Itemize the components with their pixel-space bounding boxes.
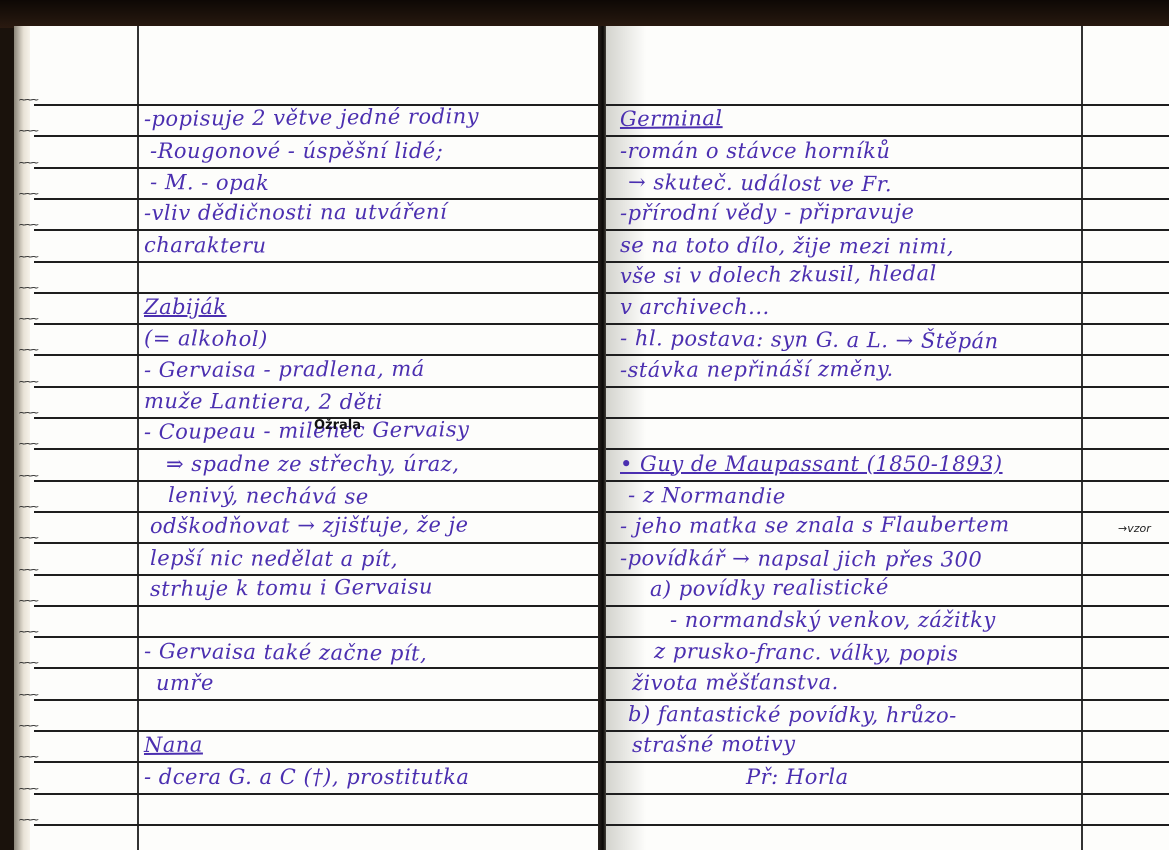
ruled-line	[34, 480, 602, 482]
right_page-line: - jeho matka se znala s Flaubertem	[620, 512, 1010, 538]
binding-stitch	[18, 133, 42, 139]
ruled-line	[606, 824, 1169, 826]
ruled-line	[606, 793, 1169, 795]
side-note: →vzor	[1118, 522, 1151, 535]
left_page-line: - M. - opak	[150, 170, 269, 195]
insertion-note: Ožrala	[314, 418, 361, 433]
ruled-line	[34, 135, 602, 137]
ruled-line	[34, 605, 602, 607]
left_page-line: -vliv dědičnosti na utváření	[144, 200, 447, 225]
right_page-line: b) fantastické povídky, hrůzo-	[628, 702, 957, 727]
right_page-line: v archivech...	[620, 295, 770, 319]
ruled-line	[606, 761, 1169, 763]
binding-stitch	[18, 572, 42, 578]
left_page-line: strhuje k tomu i Gervaisu	[150, 574, 433, 600]
right_page-line: -stávka nepřináší změny.	[620, 356, 894, 381]
left_page-line: (= alkohol)	[144, 326, 268, 351]
left_page-line: ⇒ spadne ze střechy, úraz,	[166, 452, 459, 476]
binding-stitch	[18, 102, 42, 108]
right_page-line: vše si v dolech zkusil, hledal	[620, 261, 937, 288]
left-margin-line	[137, 26, 139, 850]
right_page-line: strašné motivy	[632, 732, 796, 757]
binding-stitch	[18, 196, 42, 202]
right_page-line: - hl. postava: syn G. a L. → Štěpán	[620, 326, 999, 353]
right_page-line: → skuteč. událost ve Fr.	[628, 170, 892, 196]
left_page-line: -Rougonové - úspěšní lidé;	[150, 139, 443, 163]
ruled-line	[34, 699, 602, 701]
binding-stitch	[18, 227, 42, 233]
left_page-line: Nana	[144, 733, 203, 758]
binding-stitch	[18, 384, 42, 390]
binding-stitch	[18, 759, 42, 765]
binding-stitch	[18, 352, 42, 358]
binding-stitch	[18, 665, 42, 671]
binding-stitch	[18, 290, 42, 296]
ruled-line	[34, 292, 602, 294]
binding-stitch	[18, 321, 42, 327]
binding-stitch	[18, 478, 42, 484]
left_page-line: lenivý, nechává se	[168, 483, 369, 509]
ruled-line	[606, 167, 1169, 169]
ruled-line	[606, 323, 1169, 325]
ruled-line	[34, 667, 602, 669]
book-top-edge	[0, 0, 1169, 28]
binding-stitch	[18, 540, 42, 546]
ruled-line	[34, 824, 602, 826]
binding-stitch	[18, 697, 42, 703]
ruled-line	[34, 793, 602, 795]
ruled-line	[606, 542, 1169, 544]
binding-stitch	[18, 415, 42, 421]
ruled-line	[34, 261, 602, 263]
left_page-line: - Coupeau - milenec Gervaisy	[144, 417, 470, 444]
left_page-line: - dcera G. a C (†), prostitutka	[144, 765, 469, 789]
ruled-line	[606, 636, 1169, 638]
left_page-line: - Gervaisa také začne pít,	[144, 639, 427, 665]
right_page-line: - normandský venkov, zážitky	[670, 608, 996, 632]
ruled-line	[34, 636, 602, 638]
right_page-line: -přírodní vědy - připravuje	[620, 200, 915, 225]
ruled-line	[606, 386, 1169, 388]
binding-stitch	[18, 165, 42, 171]
right-notebook-page: Germinal-román o stávce horníků→ skuteč.…	[606, 26, 1169, 850]
ruled-line	[34, 761, 602, 763]
ruled-line	[606, 135, 1169, 137]
right_page-line: života měšťanstva.	[632, 670, 839, 695]
left_page-line: odškodňovat → zjišťuje, že je	[150, 513, 469, 538]
left-notebook-page: -popisuje 2 větve jedné rodiny-Rougonové…	[14, 26, 602, 850]
left_page-line: umře	[156, 670, 214, 694]
binding-stitch	[18, 634, 42, 640]
binding-stitch	[18, 822, 42, 828]
right_page-line: a) povídky realistické	[650, 575, 889, 601]
right_page-line: -román o stávce horníků	[620, 139, 890, 163]
ruled-line	[34, 323, 602, 325]
ruled-line	[606, 605, 1169, 607]
binding-stitch	[18, 259, 42, 265]
right_page-line: z prusko-franc. války, popis	[654, 639, 958, 666]
left_page-line: - Gervaisa - pradlena, má	[144, 356, 425, 381]
binding-stitch	[18, 728, 42, 734]
binding-stitch	[18, 446, 42, 452]
ruled-line	[606, 292, 1169, 294]
ruled-line	[34, 730, 602, 732]
ruled-line	[606, 448, 1169, 450]
ruled-line	[34, 448, 602, 450]
ruled-line	[606, 417, 1169, 419]
ruled-line	[606, 699, 1169, 701]
ruled-line	[34, 167, 602, 169]
binding-stitch	[18, 509, 42, 515]
right_page-line: Př: Horla	[746, 765, 849, 789]
ruled-line	[34, 354, 602, 356]
right_page-line: • Guy de Maupassant (1850-1893)	[620, 452, 1003, 476]
right_page-line: Germinal	[620, 106, 723, 131]
left_page-line: -popisuje 2 větve jedné rodiny	[144, 104, 479, 131]
left_page-line: Zabiják	[144, 295, 227, 319]
ruled-line	[606, 667, 1169, 669]
ruled-line	[606, 229, 1169, 231]
ruled-line	[34, 386, 602, 388]
ruled-line	[34, 542, 602, 544]
ruled-line	[606, 480, 1169, 482]
right_page-line: -povídkář → napsal jich přes 300	[620, 546, 982, 572]
left_page-line: muže Lantiera, 2 děti	[144, 389, 383, 414]
right_page-line: se na toto dílo, žije mezi nimi,	[620, 233, 954, 258]
binding-stitch	[18, 603, 42, 609]
left_page-line: lepší nic nedělat a pít,	[150, 546, 398, 571]
binding-stitch	[18, 791, 42, 797]
right-margin-line	[1081, 26, 1083, 850]
right_page-line: - z Normandie	[628, 483, 786, 508]
ruled-line	[34, 229, 602, 231]
left_page-line: charakteru	[144, 233, 267, 258]
